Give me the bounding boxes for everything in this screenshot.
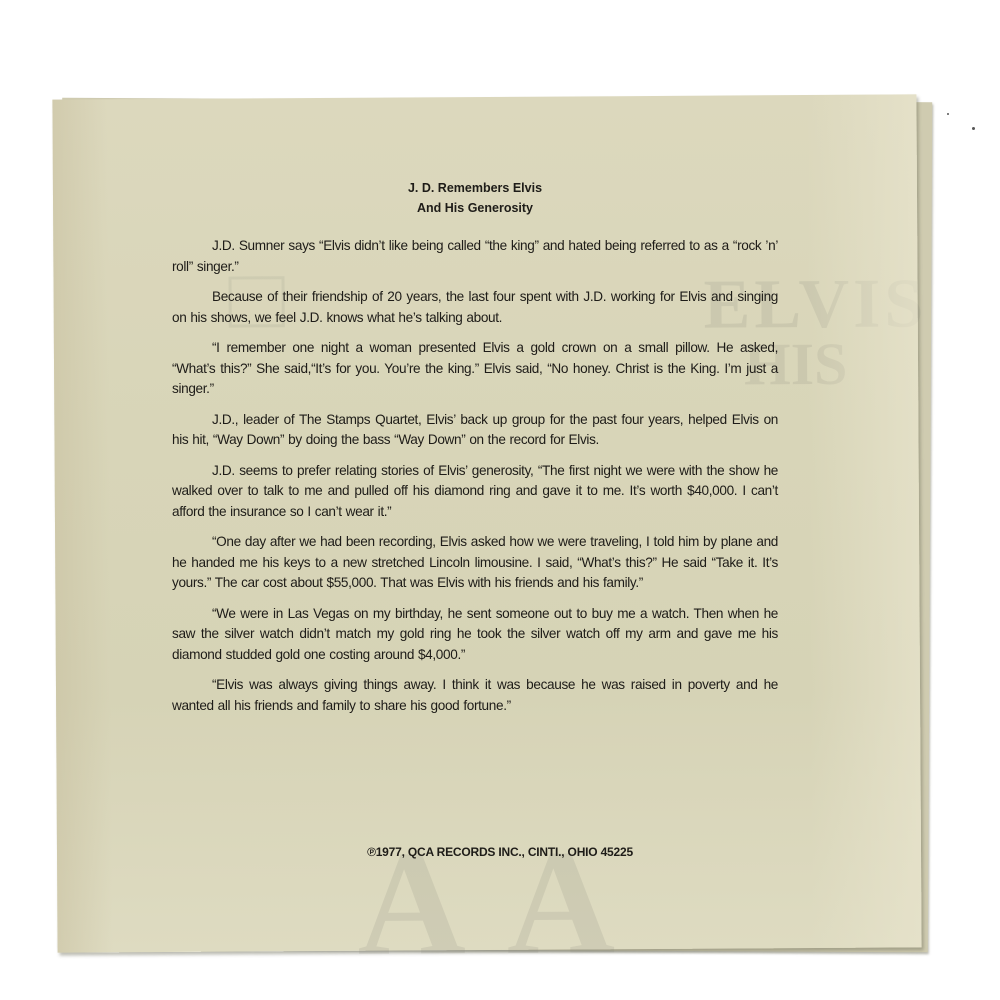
article-body: J.D. Sumner says “Elvis didn’t like bein… bbox=[172, 236, 778, 716]
paragraph: Because of their friendship of 20 years,… bbox=[172, 287, 778, 328]
show-through-print: A A bbox=[357, 816, 626, 990]
paragraph: “Elvis was always giving things away. I … bbox=[172, 675, 778, 716]
paragraph: “We were in Las Vegas on my birthday, he… bbox=[172, 604, 778, 666]
liner-notes: J. D. Remembers Elvis And His Generosity… bbox=[172, 178, 778, 726]
paragraph: J.D. seems to prefer relating stories of… bbox=[172, 461, 778, 523]
copyright-footer: ℗1977, QCA RECORDS INC., CINTI., OHIO 45… bbox=[0, 845, 1000, 859]
paragraph: “One day after we had been recording, El… bbox=[172, 532, 778, 594]
dust-speck bbox=[972, 127, 975, 130]
paragraph: J.D. Sumner says “Elvis didn’t like bein… bbox=[172, 236, 778, 277]
dust-speck bbox=[947, 113, 949, 115]
article-title: J. D. Remembers Elvis And His Generosity bbox=[172, 178, 778, 218]
paragraph: J.D., leader of The Stamps Quartet, Elvi… bbox=[172, 410, 778, 451]
title-line-1: J. D. Remembers Elvis bbox=[172, 178, 778, 198]
paragraph: “I remember one night a woman presented … bbox=[172, 338, 778, 400]
title-line-2: And His Generosity bbox=[172, 198, 778, 218]
